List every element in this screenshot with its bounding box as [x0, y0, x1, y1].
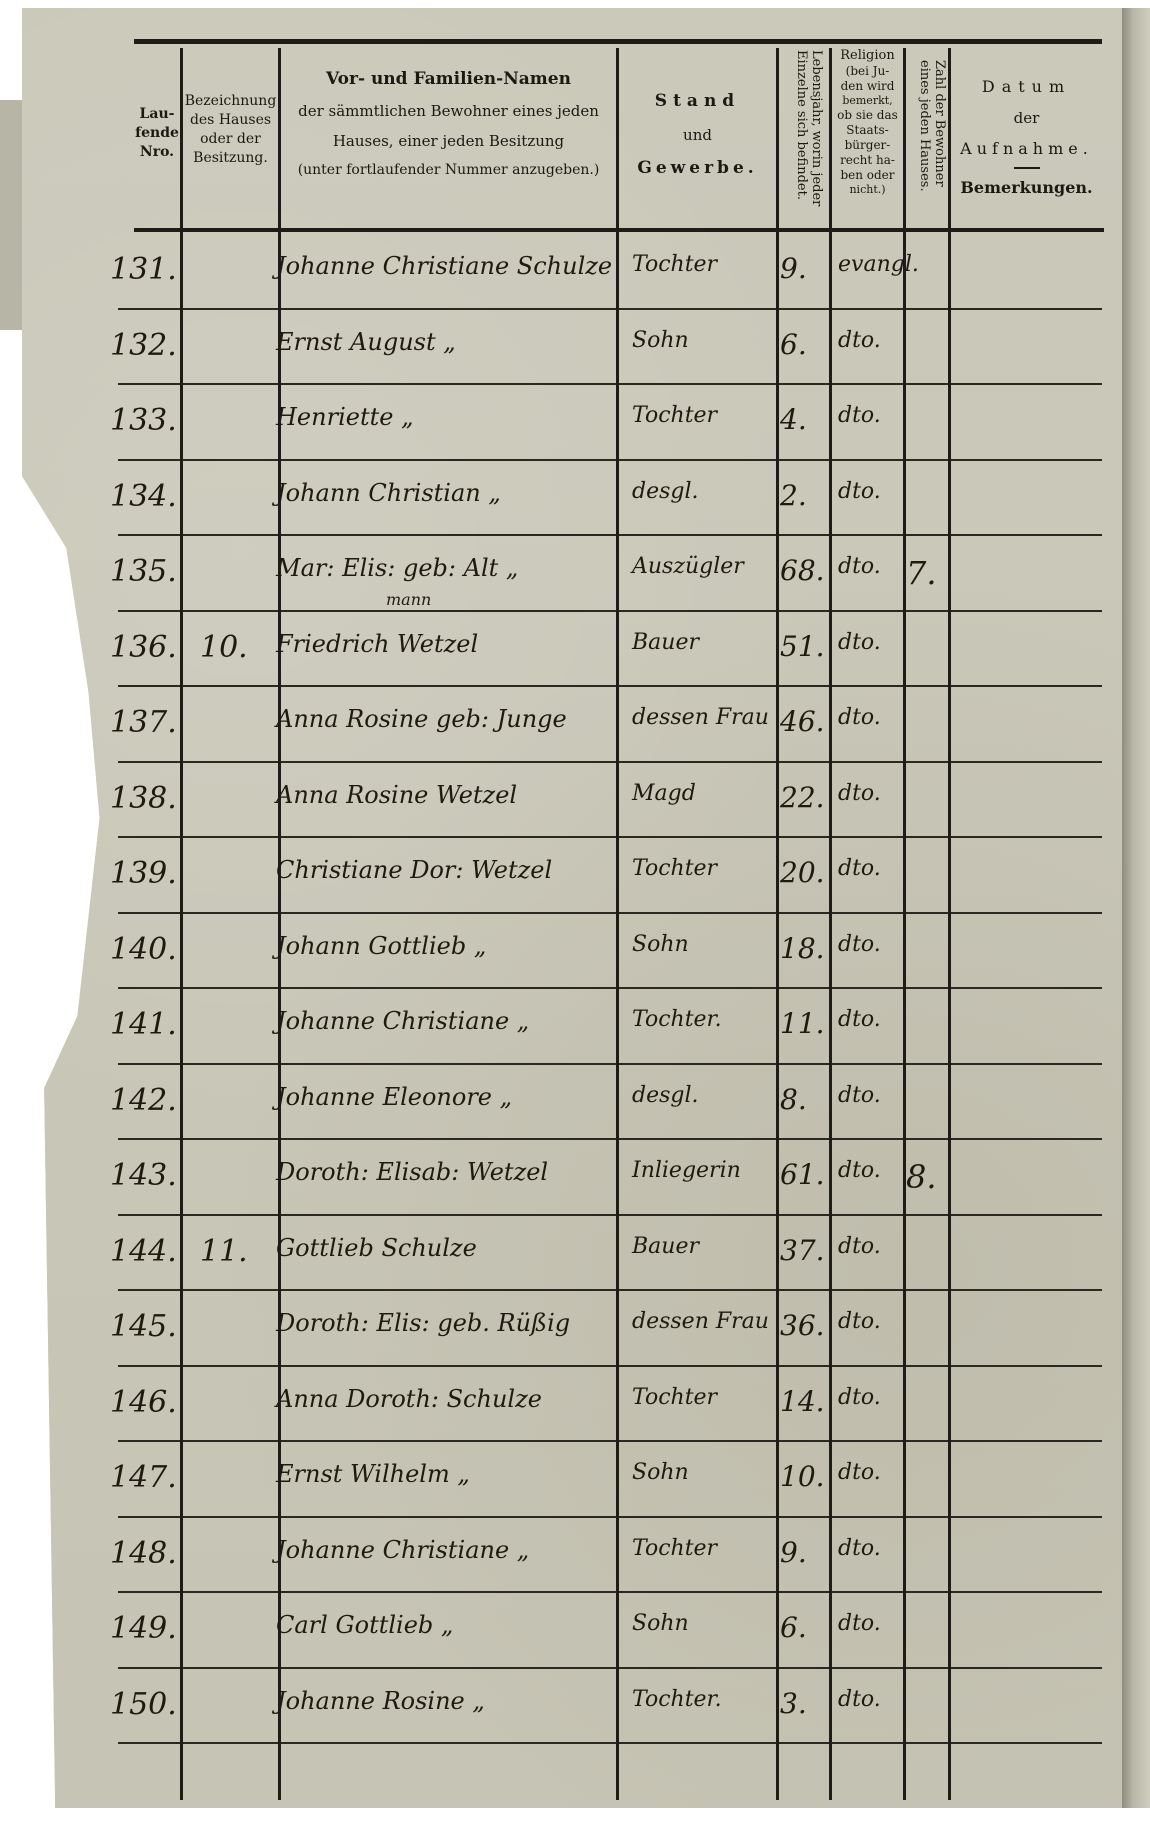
cell-age: 3. — [780, 1687, 829, 1720]
row-rule — [832, 1365, 903, 1367]
row-rule — [281, 987, 616, 989]
row-rule — [906, 383, 948, 385]
header-stand-line: Gewerbe. — [619, 157, 776, 180]
row-rule — [906, 1365, 948, 1367]
row-rule — [906, 987, 948, 989]
header-house-line: Besitzung. — [183, 149, 278, 168]
header-nr-line: Nro. — [134, 143, 180, 162]
cell-name: Christiane Dor: Wetzel — [276, 856, 616, 884]
cell-religion: dto. — [838, 1687, 903, 1712]
cell-nr: 137. — [110, 705, 180, 740]
header-stand-line: und — [619, 125, 776, 145]
cell-stand: Tochter — [632, 1536, 776, 1561]
row-rule — [183, 1214, 278, 1216]
row-rule — [779, 1591, 829, 1593]
cell-nr: 132. — [110, 328, 180, 363]
cell-religion: dto. — [838, 1083, 903, 1108]
row-rule — [183, 534, 278, 536]
row-rule — [832, 1440, 903, 1442]
row-rule — [832, 685, 903, 687]
row-rule — [619, 1667, 776, 1669]
cell-stand: Tochter — [632, 403, 776, 428]
header-remarks: Bemerkungen. — [951, 177, 1102, 199]
header-name-title: Vor- und Familien-Namen — [281, 68, 616, 91]
cell-count: 8. — [906, 1158, 948, 1196]
row-rule — [183, 1516, 278, 1518]
cell-religion: dto. — [838, 1158, 903, 1183]
row-rule — [619, 459, 776, 461]
row-rule — [951, 459, 1102, 461]
cell-nr: 150. — [110, 1687, 180, 1722]
cell-age: 51. — [780, 630, 829, 663]
row-rule — [619, 912, 776, 914]
row-rule — [118, 308, 180, 310]
row-rule — [779, 1516, 829, 1518]
row-rule — [951, 1365, 1102, 1367]
row-rule — [619, 761, 776, 763]
row-rule — [951, 1063, 1102, 1065]
cell-stand: Inliegerin — [632, 1158, 776, 1183]
row-rule — [832, 1516, 903, 1518]
cell-age: 20. — [780, 856, 829, 889]
row-rule — [832, 1667, 903, 1669]
row-rule — [951, 1516, 1102, 1518]
row-rule — [906, 1214, 948, 1216]
row-rule — [118, 459, 180, 461]
row-rule — [779, 383, 829, 385]
header-count: Zahl der Bewohner eines jeden Hauses. — [908, 60, 946, 220]
cell-age: 9. — [780, 252, 829, 285]
row-rule — [906, 308, 948, 310]
row-rule — [951, 1742, 1102, 1744]
row-rule — [832, 1063, 903, 1065]
row-rule — [951, 1138, 1102, 1140]
cell-age: 2. — [780, 479, 829, 512]
cell-name: Henriette „ — [276, 403, 616, 431]
cell-religion: dto. — [838, 554, 903, 579]
row-rule — [951, 1440, 1102, 1442]
cell-nr: 131. — [110, 252, 180, 287]
row-rule — [118, 383, 180, 385]
cell-nr: 141. — [110, 1007, 180, 1042]
row-rule — [619, 383, 776, 385]
cell-nr: 142. — [110, 1083, 180, 1118]
cell-religion: dto. — [838, 1536, 903, 1561]
row-rule — [779, 1440, 829, 1442]
row-rule — [183, 1289, 278, 1291]
header-house: Bezeichnung des Hauses oder der Besitzun… — [183, 92, 278, 168]
row-rule — [906, 1742, 948, 1744]
cell-name: Ernst August „ — [276, 328, 616, 356]
row-rule — [906, 685, 948, 687]
cell-age: 14. — [780, 1385, 829, 1418]
row-rule — [118, 836, 180, 838]
row-rule — [118, 1063, 180, 1065]
cell-nr: 147. — [110, 1460, 180, 1495]
row-rule — [832, 308, 903, 310]
row-rule — [118, 610, 180, 612]
row-rule — [281, 1214, 616, 1216]
row-rule — [619, 1214, 776, 1216]
col-divider-stand — [776, 48, 779, 1800]
cell-name: Doroth: Elis: geb. Rüßig — [276, 1309, 616, 1337]
header-religion-line: ben oder — [832, 168, 903, 183]
col-divider-nr — [180, 48, 183, 1800]
row-rule — [906, 836, 948, 838]
cell-nr: 145. — [110, 1309, 180, 1344]
cell-nr: 149. — [110, 1611, 180, 1646]
cell-age: 9. — [780, 1536, 829, 1569]
row-rule — [832, 1742, 903, 1744]
cell-name: Anna Rosine geb: Junge — [276, 705, 616, 733]
cell-nr: 140. — [110, 932, 180, 967]
row-rule — [183, 459, 278, 461]
row-rule — [906, 1289, 948, 1291]
cell-stand: desgl. — [632, 479, 776, 504]
cell-nr: 144. — [110, 1234, 180, 1269]
cell-nr: 139. — [110, 856, 180, 891]
row-rule — [183, 1440, 278, 1442]
row-rule — [619, 1063, 776, 1065]
cell-religion: dto. — [838, 781, 903, 806]
header-date-line: der — [951, 108, 1102, 128]
row-rule — [619, 1138, 776, 1140]
row-rule — [183, 1742, 278, 1744]
row-rule — [118, 685, 180, 687]
cell-religion: dto. — [838, 1385, 903, 1410]
row-rule — [281, 1591, 616, 1593]
cell-stand: Sohn — [632, 1611, 776, 1636]
cell-age: 22. — [780, 781, 829, 814]
row-rule — [281, 912, 616, 914]
col-divider-count — [948, 48, 951, 1800]
row-rule — [281, 534, 616, 536]
row-rule — [118, 912, 180, 914]
row-rule — [281, 685, 616, 687]
row-rule — [619, 685, 776, 687]
row-rule — [906, 1063, 948, 1065]
cell-name: Johanne Christiane „ — [276, 1536, 616, 1564]
row-rule — [281, 1516, 616, 1518]
cell-religion: dto. — [838, 630, 903, 655]
row-rule — [183, 383, 278, 385]
cell-name: Johanne Eleonore „ — [276, 1083, 616, 1111]
row-rule — [832, 836, 903, 838]
row-rule — [281, 1138, 616, 1140]
row-rule — [619, 1516, 776, 1518]
cell-name: Johanne Christiane „ — [276, 1007, 616, 1035]
cell-stand: Sohn — [632, 1460, 776, 1485]
row-rule — [832, 987, 903, 989]
row-rule — [183, 836, 278, 838]
row-rule — [118, 534, 180, 536]
header-nr: Lau- fende Nro. — [134, 105, 180, 162]
cell-stand: desgl. — [632, 1083, 776, 1108]
row-rule — [906, 1138, 948, 1140]
cell-house: 10. — [200, 630, 278, 665]
row-rule — [118, 1591, 180, 1593]
row-rule — [951, 383, 1102, 385]
cell-stand: Tochter. — [632, 1687, 776, 1712]
row-rule — [619, 836, 776, 838]
header-religion-line: recht ha- — [832, 153, 903, 168]
header-stand-line: Stand — [619, 90, 776, 113]
row-rule — [906, 912, 948, 914]
header-stand: Stand und Gewerbe. — [619, 90, 776, 180]
row-rule — [118, 1365, 180, 1367]
cell-religion: dto. — [838, 1611, 903, 1636]
row-rule — [779, 761, 829, 763]
row-rule — [832, 1289, 903, 1291]
header-name-line: (unter fortlaufender Nummer anzugeben.) — [281, 161, 616, 180]
row-rule — [619, 308, 776, 310]
row-rule — [118, 1214, 180, 1216]
row-rule — [832, 1214, 903, 1216]
row-rule — [183, 1591, 278, 1593]
col-divider-religion — [903, 48, 906, 1800]
cell-age: 46. — [780, 705, 829, 738]
cell-religion: dto. — [838, 1460, 903, 1485]
row-rule — [951, 1289, 1102, 1291]
cell-religion: dto. — [838, 1234, 903, 1259]
header-date-divider — [1014, 167, 1040, 169]
row-rule — [832, 1138, 903, 1140]
header-religion-line: (bei Ju- — [832, 64, 903, 79]
cell-nr: 138. — [110, 781, 180, 816]
row-rule — [951, 836, 1102, 838]
cell-stand: Auszügler — [632, 554, 776, 579]
header-religion: Religion (bei Ju- den wird bemerkt, ob s… — [832, 48, 903, 197]
cell-nr: 146. — [110, 1385, 180, 1420]
header-religion-line: ob sie das — [832, 108, 903, 123]
row-rule — [281, 459, 616, 461]
row-rule — [183, 308, 278, 310]
header-date-line: Datum — [951, 76, 1102, 98]
cell-stand: Magd — [632, 781, 776, 806]
cell-name: Johann Christian „ — [276, 479, 616, 507]
row-rule — [832, 1591, 903, 1593]
row-rule — [779, 1742, 829, 1744]
row-rule — [118, 761, 180, 763]
header-name-line: Hauses, einer jeden Besitzung — [281, 131, 616, 151]
cell-religion: dto. — [838, 479, 903, 504]
row-rule — [183, 1667, 278, 1669]
header-date: Datum der Aufnahme. Bemerkungen. — [951, 76, 1102, 199]
row-rule — [118, 1667, 180, 1669]
census-form: Lau- fende Nro. Bezeichnung des Hauses o… — [0, 0, 1150, 1841]
header-house-line: Bezeichnung — [183, 92, 278, 111]
col-divider-age — [829, 48, 832, 1800]
header-religion-line: bemerkt, — [832, 94, 903, 108]
cell-stand: Bauer — [632, 1234, 776, 1259]
cell-age: 11. — [780, 1007, 829, 1040]
cell-age: 68. — [780, 554, 829, 587]
row-rule — [832, 610, 903, 612]
cell-stand: dessen Frau — [632, 705, 776, 730]
cell-age: 10. — [780, 1460, 829, 1493]
cell-name: Gottlieb Schulze — [276, 1234, 616, 1262]
row-rule — [183, 1365, 278, 1367]
cell-religion: dto. — [838, 328, 903, 353]
row-rule — [281, 610, 616, 612]
row-rule — [118, 1516, 180, 1518]
row-rule — [906, 1440, 948, 1442]
row-rule — [779, 1214, 829, 1216]
cell-name: Anna Rosine Wetzel — [276, 781, 616, 809]
row-rule — [281, 761, 616, 763]
row-rule — [951, 1591, 1102, 1593]
row-rule — [619, 987, 776, 989]
row-rule — [832, 761, 903, 763]
cell-age: 37. — [780, 1234, 829, 1267]
cell-nr: 143. — [110, 1158, 180, 1193]
row-rule — [281, 1440, 616, 1442]
row-rule — [619, 1365, 776, 1367]
header-nr-line: Lau- — [134, 105, 180, 124]
row-rule — [183, 1063, 278, 1065]
row-rule — [619, 1440, 776, 1442]
row-rule — [281, 836, 616, 838]
row-rule — [779, 459, 829, 461]
row-rule — [118, 1440, 180, 1442]
cell-age: 8. — [780, 1083, 829, 1116]
row-rule — [779, 1063, 829, 1065]
cell-stand: dessen Frau — [632, 1309, 776, 1334]
cell-stand: Tochter — [632, 856, 776, 881]
cell-age: 18. — [780, 932, 829, 965]
row-rule — [779, 1667, 829, 1669]
row-rule — [619, 1742, 776, 1744]
header-religion-line: nicht.) — [832, 183, 903, 197]
cell-religion: dto. — [838, 705, 903, 730]
row-rule — [183, 912, 278, 914]
cell-religion: dto. — [838, 403, 903, 428]
row-rule — [832, 383, 903, 385]
row-rule — [906, 1667, 948, 1669]
row-rule — [779, 685, 829, 687]
cell-age: 6. — [780, 328, 829, 361]
cell-nr: 148. — [110, 1536, 180, 1571]
row-rule — [619, 1289, 776, 1291]
row-rule — [779, 912, 829, 914]
row-rule — [951, 987, 1102, 989]
row-rule — [183, 987, 278, 989]
cell-stand: Tochter — [632, 252, 776, 277]
row-rule — [832, 534, 903, 536]
row-rule — [281, 1742, 616, 1744]
cell-stand: Sohn — [632, 932, 776, 957]
cell-name: Johann Gottlieb „ — [276, 932, 616, 960]
header-name-line: der sämmtlichen Bewohner eines jeden — [281, 101, 616, 121]
row-rule — [906, 1591, 948, 1593]
cell-name: Mar: Elis: geb: Alt „ — [276, 554, 616, 582]
row-rule — [951, 685, 1102, 687]
cell-religion: dto. — [838, 856, 903, 881]
row-rule — [779, 610, 829, 612]
cell-age: 61. — [780, 1158, 829, 1191]
header-religion-line: Religion — [832, 48, 903, 64]
row-rule — [951, 534, 1102, 536]
row-rule — [951, 761, 1102, 763]
row-rule — [281, 1289, 616, 1291]
cell-nr: 133. — [110, 403, 180, 438]
row-rule — [619, 610, 776, 612]
row-rule — [906, 610, 948, 612]
cell-name: Carl Gottlieb „ — [276, 1611, 616, 1639]
row-rule — [779, 836, 829, 838]
cell-name: Anna Doroth: Schulze — [276, 1385, 616, 1413]
cell-age: 4. — [780, 403, 829, 436]
row-rule — [906, 1516, 948, 1518]
row-rule — [779, 987, 829, 989]
row-rule — [619, 1591, 776, 1593]
row-rule — [118, 1289, 180, 1291]
row-rule — [118, 1742, 180, 1744]
row-rule — [951, 1667, 1102, 1669]
cell-house: 11. — [200, 1234, 278, 1269]
cell-stand: Bauer — [632, 630, 776, 655]
cell-age: 36. — [780, 1309, 829, 1342]
cell-count: 7. — [906, 554, 948, 592]
cell-name: Friedrich Wetzel — [276, 630, 616, 658]
cell-stand: Sohn — [632, 328, 776, 353]
cell-name: Johanne Christiane Schulze — [276, 252, 616, 280]
header-religion-line: Staats- — [832, 123, 903, 138]
row-rule — [832, 459, 903, 461]
row-rule — [183, 610, 278, 612]
row-rule — [951, 610, 1102, 612]
row-rule — [951, 912, 1102, 914]
cell-age: 6. — [780, 1611, 829, 1644]
header-age: Lebensjahr, worin jeder Einzelne sich be… — [783, 50, 823, 225]
header-name: Vor- und Familien-Namen der sämmtlichen … — [281, 68, 616, 180]
header-religion-line: den wird — [832, 79, 903, 94]
row-rule — [779, 1138, 829, 1140]
cell-religion: dto. — [838, 932, 903, 957]
row-rule — [281, 1365, 616, 1367]
row-rule — [281, 308, 616, 310]
header-house-line: oder der — [183, 130, 278, 149]
row-rule — [779, 1365, 829, 1367]
row-rule — [779, 1289, 829, 1291]
row-rule — [779, 534, 829, 536]
cell-name: Ernst Wilhelm „ — [276, 1460, 616, 1488]
cell-religion: evangl. — [838, 252, 903, 277]
cell-nr: 135. — [110, 554, 180, 589]
row-rule — [183, 685, 278, 687]
cell-religion: dto. — [838, 1309, 903, 1334]
row-rule — [951, 1214, 1102, 1216]
cell-stand: Tochter — [632, 1385, 776, 1410]
row-rule — [183, 761, 278, 763]
row-rule — [281, 1667, 616, 1669]
header-date-line: Aufnahme. — [951, 138, 1102, 160]
row-rule — [906, 459, 948, 461]
row-rule — [906, 761, 948, 763]
top-rule — [134, 39, 1102, 44]
header-house-line: des Hauses — [183, 111, 278, 130]
row-rule — [281, 1063, 616, 1065]
col-divider-name — [616, 48, 619, 1800]
cell-nr: 136. — [110, 630, 180, 665]
cell-name: Doroth: Elisab: Wetzel — [276, 1158, 616, 1186]
cell-stand: Tochter. — [632, 1007, 776, 1032]
header-religion-line: bürger- — [832, 138, 903, 153]
row-rule — [281, 383, 616, 385]
row-rule — [183, 1138, 278, 1140]
row-rule — [951, 308, 1102, 310]
row-rule — [118, 1138, 180, 1140]
